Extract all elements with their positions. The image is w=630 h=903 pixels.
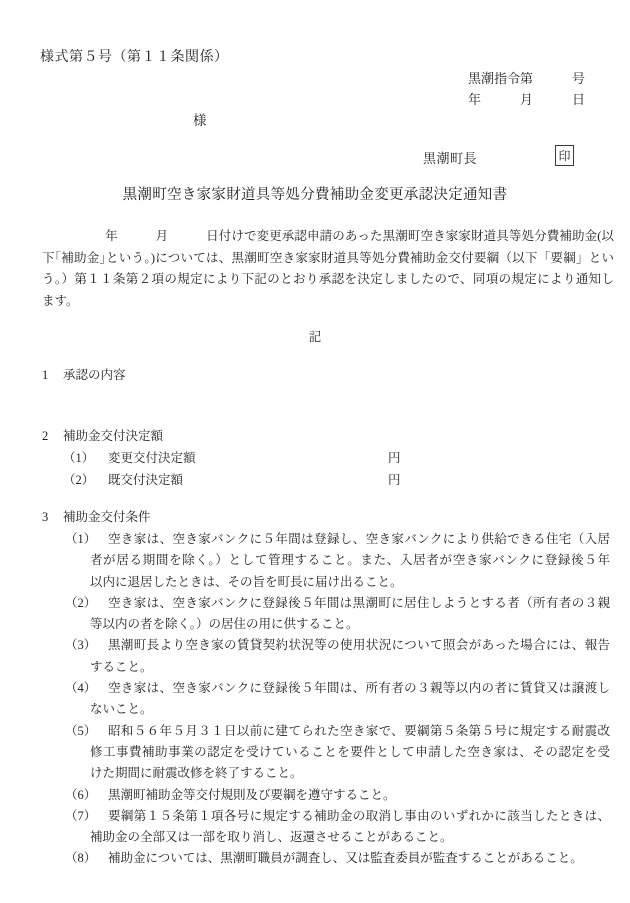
section-2-heading: 2補助金交付決定額: [42, 426, 163, 444]
clause-item: （2）空き家は、空き家バンクに登録後５年間は黒潮町に居住しようとする者（所有者の…: [42, 593, 612, 636]
section-2-number: 2: [42, 429, 63, 444]
clause-item: （7）要綱第１５条第１項各号に規定する補助金の取消し事由のいずれかに該当したとき…: [42, 806, 612, 849]
section-2-rows: （1）変更交付決定額円（2）既交付決定額円: [0, 448, 630, 492]
section-1-title: 承認の内容: [63, 368, 126, 382]
record-marker: 記: [0, 327, 630, 345]
clause-line: 者が居る期間を除く。）として管理すること。また、入居者が空き家バンクに登録後５年: [90, 550, 610, 571]
clause-item: （6）黒潮町補助金等交付規則及び要綱を遵守すること。: [42, 785, 612, 806]
clause-number: （5）: [65, 721, 96, 742]
clause-number: （8）: [65, 848, 96, 869]
amount-row: （2）既交付決定額円: [0, 470, 630, 492]
amount-row-label: 変更交付決定額: [108, 448, 196, 466]
clause-line: 補助金については、黒潮町職員が調査し、又は監査委員が監査することがあること。: [90, 848, 610, 869]
clause-number: （2）: [65, 593, 96, 614]
clause-line: 空き家は、空き家バンクに５年間は登録し、空き家バンクにより供給できる住宅（入居: [90, 529, 610, 550]
clause-line: すること。: [90, 657, 610, 678]
clause-item: （4）空き家は、空き家バンクに登録後５年間は、所有者の３親等以内の者に賃貸又は譲…: [42, 678, 612, 721]
clause-number: （3）: [65, 635, 96, 656]
clause-line: けた期間に耐震改修を終了すること。: [90, 763, 610, 784]
clause-line: 黒潮町補助金等交付規則及び要綱を遵守すること。: [90, 785, 610, 806]
clause-line: 修工事費補助事業の認定を受けていることを要件として申請した空き家は、その認定を受: [90, 742, 610, 763]
section-1-heading: 1承認の内容: [42, 365, 126, 383]
body-line: 年 月 日付けで変更承認申請のあった黒潮町空き家家財道具等処分費補助金(以: [42, 226, 614, 248]
clause-list: （1）空き家は、空き家バンクに５年間は登録し、空き家バンクにより供給できる住宅（…: [42, 529, 612, 870]
clause-item: （1）空き家は、空き家バンクに５年間は登録し、空き家バンクにより供給できる住宅（…: [42, 529, 612, 593]
document-page: 様式第５号（第１１条関係） 黒潮指令第 号 年 月 日 様 黒潮町長 印 黒潮町…: [0, 0, 630, 903]
document-title: 黒潮町空き家家財道具等処分費補助金変更承認決定通知書: [0, 183, 630, 204]
clause-line: ないこと。: [90, 699, 610, 720]
body-line: 下｢補助金｣という。)については、黒潮町空き家家財道具等処分費補助金交付要綱（以…: [42, 248, 614, 270]
clause-line: 空き家は、空き家バンクに登録後５年間は、所有者の３親等以内の者に賃貸又は譲渡し: [90, 678, 610, 699]
issuer-title: 黒潮町長: [423, 148, 477, 167]
clause-number: （1）: [65, 529, 96, 550]
section-1-number: 1: [42, 368, 63, 383]
clause-line: 空き家は、空き家バンクに登録後５年間は黒潮町に居住しようとする者（所有者の３親: [90, 593, 610, 614]
directive-number-line: 黒潮指令第 号: [0, 68, 585, 87]
clause-line: 黒潮町長より空き家の賃貸契約状況等の使用状況について照会があった場合には、報告: [90, 635, 610, 656]
clause-number: （6）: [65, 785, 96, 806]
amount-row: （1）変更交付決定額円: [0, 448, 630, 470]
clause-line: 補助金の全部又は一部を取り消し、返還させることがあること。: [90, 827, 610, 848]
seal-label: 印: [558, 150, 570, 162]
clause-number: （4）: [65, 678, 96, 699]
section-3-title: 補助金交付条件: [63, 510, 151, 524]
clause-item: （5）昭和５６年５月３１日以前に建てられた空き家で、要綱第５条第５号に規定する耐…: [42, 721, 612, 785]
addressee-honorific: 様: [193, 109, 207, 129]
clause-line: 昭和５６年５月３１日以前に建てられた空き家で、要綱第５条第５号に規定する耐震改: [90, 721, 610, 742]
section-3-heading: 3補助金交付条件: [42, 507, 151, 525]
body-line: ます。: [42, 291, 614, 313]
body-line: う。）第１１条第２項の規定により下記のとおり承認を決定しましたので、同項の規定に…: [42, 269, 614, 291]
issue-date-line: 年 月 日: [0, 89, 585, 108]
section-3-number: 3: [42, 510, 63, 525]
section-2-title: 補助金交付決定額: [63, 429, 163, 443]
form-number-label: 様式第５号（第１１条関係）: [40, 46, 229, 66]
clause-number: （7）: [65, 806, 96, 827]
amount-row-label: 既交付決定額: [108, 470, 183, 488]
clause-line: 等以内の者を除く。）の居住の用に供すること。: [90, 614, 610, 635]
amount-row-number: （2）: [63, 470, 94, 488]
body-paragraph: 年 月 日付けで変更承認申請のあった黒潮町空き家家財道具等処分費補助金(以下｢補…: [42, 226, 614, 312]
amount-unit-yen: 円: [388, 470, 401, 488]
amount-row-number: （1）: [63, 448, 94, 466]
clause-line: 以内に退居したときは、その旨を町長に届け出ること。: [90, 572, 610, 593]
clause-item: （8）補助金については、黒潮町職員が調査し、又は監査委員が監査することがあること…: [42, 848, 612, 869]
clause-line: 要綱第１５条第１項各号に規定する補助金の取消し事由のいずれかに該当したときは、: [90, 806, 610, 827]
clause-item: （3）黒潮町長より空き家の賃貸契約状況等の使用状況について照会があった場合には、…: [42, 635, 612, 678]
amount-unit-yen: 円: [388, 448, 401, 466]
seal-box: 印: [555, 145, 574, 166]
